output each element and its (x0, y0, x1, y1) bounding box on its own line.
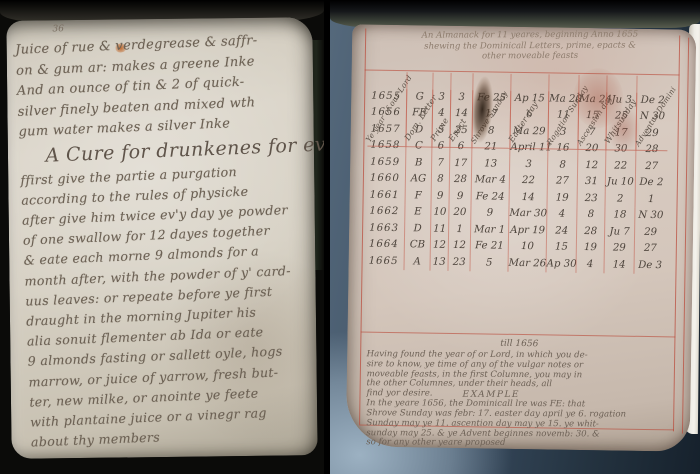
column-header-ye-year-of-our-lord: Ye year of our Lord (367, 72, 406, 148)
almanac-cell: 11 (430, 221, 448, 238)
almanac-cell: 5 (469, 255, 507, 272)
almanac-cell: AG (405, 171, 431, 188)
almanac-cell: 31 (577, 174, 605, 191)
almanac-cell: 10 (430, 205, 448, 222)
manuscript-photo: 36 Juice of rue & verdegrease & saffr-on… (0, 0, 700, 474)
column-header-label: Epact (446, 117, 468, 143)
column-header-rogation-sunday: Rogation Sunday (547, 74, 578, 149)
almanac-cell: 27 (635, 158, 667, 175)
almanac-cell: 23 (576, 190, 604, 207)
almanac-cell: Ap 30 (545, 256, 575, 273)
almanac-cell: A (403, 254, 429, 271)
almanac-table: Ye year of our LordDom. LetterPrimeEpact… (365, 72, 668, 275)
column-header-label: Adventus Domini (634, 86, 678, 148)
almanac-cell: Mar 26 (507, 255, 545, 272)
almanac-cell: 19 (576, 240, 604, 257)
year-cell: 1664 (366, 237, 404, 254)
left-manuscript-page: 36 Juice of rue & verdegrease & saffr-on… (6, 17, 317, 459)
left-page-text: Juice of rue & verdegrease & saffr-on & … (15, 29, 319, 453)
almanac-cell: 17 (449, 155, 471, 172)
cure-body-lines: ffirst give the partie a purgationaccord… (20, 159, 319, 453)
almanac-cell: 9 (431, 188, 449, 205)
almanac-cell: 27 (547, 173, 577, 190)
right-manuscript-page: An Almanack for 11 yeares, beginning Ann… (346, 24, 697, 451)
almanac-cell: 13 (429, 254, 447, 271)
manuscript-line: so for any other yeare proposed (366, 439, 674, 450)
manuscript-line: other moveable feasts (378, 50, 682, 62)
example-lines: In the yeare 1656, the Dominicall lre wa… (366, 399, 674, 450)
almanac-cell: 13 (471, 156, 509, 173)
almanac-cell: E (404, 204, 430, 221)
manuscript-line: An Almanack for 11 yeares, beginning Ann… (378, 29, 682, 41)
almanac-cell: 12 (577, 157, 605, 174)
almanac-cell: 22 (605, 158, 635, 175)
almanac-cell: 10 (508, 239, 546, 256)
year-cell: 1662 (366, 204, 404, 221)
almanac-cell: 12 (448, 238, 470, 255)
almanac-cell: 18 (604, 207, 634, 224)
almanac-cell: 4 (546, 206, 576, 223)
almanac-cell: 4 (575, 256, 603, 273)
almanac-cell: 29 (634, 224, 666, 241)
almanac-cell: Fe 21 (470, 238, 508, 255)
almanac-cell: N 30 (634, 208, 666, 225)
column-header-adventus-domini: Adventus Domini (635, 76, 668, 151)
almanac-cell: 3 (509, 156, 547, 173)
almanac-cell: 8 (576, 207, 604, 224)
almanac-cell: 7 (431, 155, 449, 172)
right-photo-panel: An Almanack for 11 yeares, beginning Ann… (330, 0, 700, 474)
almanac-cell: Fe 24 (471, 189, 509, 206)
almanac-cell: Mar 1 (470, 222, 508, 239)
ink-recipe-lines: Juice of rue & verdegrease & saffr-on & … (15, 29, 307, 143)
almanac-cell: 28 (576, 223, 604, 240)
red-rule-right-outer (682, 38, 689, 434)
left-photo-panel: 36 Juice of rue & verdegrease & saffr-on… (0, 0, 324, 474)
year-cell: 1661 (367, 187, 405, 204)
almanac-cell: 29 (604, 240, 634, 257)
explanation-lines: Having found the year of or Lord, in whi… (367, 350, 675, 391)
book-pages-top-edge (330, 0, 700, 28)
column-header-label: Easter day (506, 99, 540, 143)
almanac-cell: 9 (470, 205, 508, 222)
almanac-cell: Apr 19 (508, 222, 546, 239)
almanac-cell: B (405, 155, 431, 172)
almanac-cell: Mar 30 (508, 206, 546, 223)
almanac-cell: 8 (431, 172, 449, 189)
explanation-text: Having found the year of or Lord, in whi… (366, 350, 675, 450)
almanac-cell: 1 (448, 221, 470, 238)
almanac-cell: 22 (509, 173, 547, 190)
almanac-cell: 9 (449, 188, 471, 205)
year-cell: 1665 (365, 253, 403, 270)
year-cell: 1660 (367, 171, 405, 188)
almanac-cell: De 3 (633, 257, 665, 274)
almanac-cell: 19 (546, 190, 576, 207)
almanac-cell: F (405, 188, 431, 205)
almanac-cell: 8 (547, 157, 577, 174)
almanac-cell: 14 (603, 257, 633, 274)
almanac-title: An Almanack for 11 yeares, beginning Ann… (378, 29, 682, 62)
almanac-cell: 12 (430, 238, 448, 255)
almanac-cell: 20 (448, 205, 470, 222)
almanac-cell: 24 (546, 223, 576, 240)
almanac-cell: 27 (634, 241, 666, 258)
almanac-cell: 23 (447, 254, 469, 271)
almanac-cell: Ju 7 (604, 224, 634, 241)
almanac-cell: De 2 (635, 175, 667, 192)
almanac-cell: 1 (634, 191, 666, 208)
almanac-cell: 28 (449, 172, 471, 189)
almanac-cell: D (404, 221, 430, 238)
almanac-cell: Ju 10 (605, 174, 635, 191)
almanac-cell: 2 (604, 191, 634, 208)
year-cell: 1659 (367, 154, 405, 171)
almanac-cell: Mar 4 (471, 172, 509, 189)
almanac-cell: 14 (509, 189, 547, 206)
almanac-cell: CB (404, 237, 430, 254)
year-cell: 1663 (366, 220, 404, 237)
almanac-cell: 15 (546, 239, 576, 256)
column-header-easter-day: Easter day (509, 74, 548, 150)
page-number: 36 (52, 24, 64, 34)
